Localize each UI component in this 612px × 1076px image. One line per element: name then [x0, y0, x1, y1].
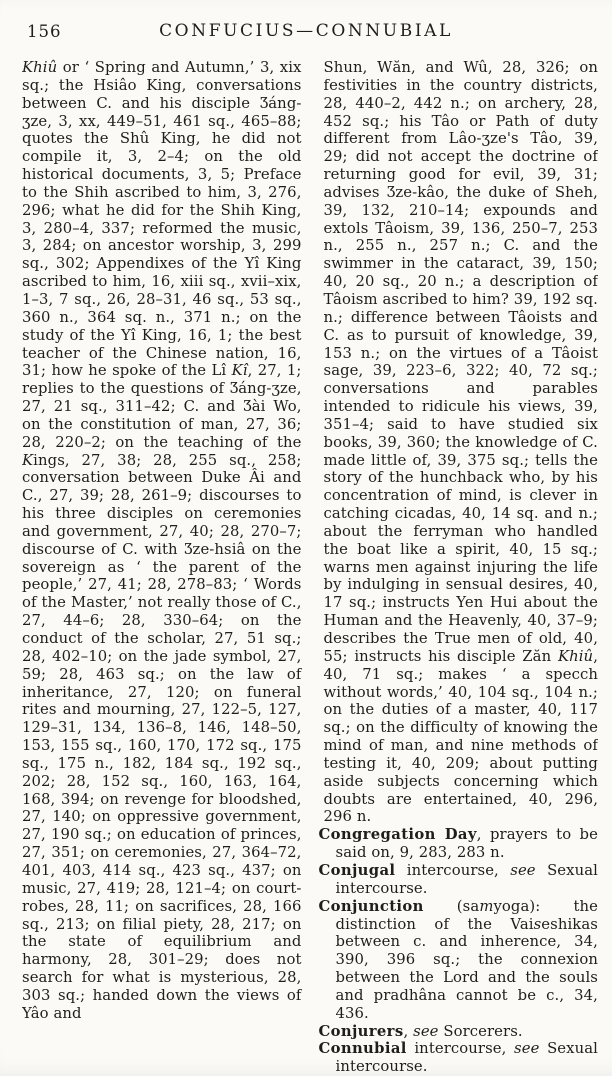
text-segment: intercourse, [395, 862, 510, 879]
text-segment: , 40, 71 sq.; makes ‘ a specch without w… [324, 648, 599, 826]
text-segment: see [510, 862, 535, 879]
index-entry-conjunction: Conjunction (samyoga): the distinction o… [319, 898, 599, 1023]
running-head: CONFUCIUS—CONNUBIAL [0, 21, 612, 41]
index-column-left: Khiû or ‘ Spring and Autumn,’ 3, xix sq.… [22, 59, 302, 1072]
text-segment: Conjunction [319, 898, 424, 915]
index-entry-conjugal: Conjugal intercourse, see Sexual interco… [319, 862, 599, 898]
text-segment: Shun, Wăn, and Wû, 28, 326; on festiviti… [324, 59, 599, 665]
text-segment: see [514, 1040, 539, 1057]
book-page: 156 CONFUCIUS—CONNUBIAL Khiû or ‘ Spring… [0, 0, 612, 1076]
index-entry-congregation-day: Congregation Day, prayers to be said on,… [319, 826, 599, 862]
text-segment: Connubial [319, 1040, 407, 1057]
page-header: 156 CONFUCIUS—CONNUBIAL [0, 21, 612, 45]
index-column-right: Shun, Wăn, and Wû, 28, 326; on festiviti… [319, 59, 599, 1072]
index-entry-confucius-continuation-part-2: Shun, Wăn, and Wû, 28, 326; on festiviti… [319, 59, 599, 826]
index-entry-conjurers: Conjurers, see Sorcerers. [319, 1023, 599, 1041]
page-number: 156 [27, 22, 62, 41]
index-body: Khiû or ‘ Spring and Autumn,’ 3, xix sq.… [22, 59, 598, 1072]
text-segment: m [479, 898, 493, 915]
text-segment: intercourse, [407, 1040, 514, 1057]
text-segment: Khiû [558, 648, 593, 665]
text-segment: see [413, 1023, 438, 1040]
text-segment: Khiû [22, 59, 57, 76]
index-entry-confucius-continuation-part-1: Khiû or ‘ Spring and Autumn,’ 3, xix sq.… [22, 59, 302, 1023]
text-segment: (sa [424, 898, 480, 915]
text-segment: Congregation Day [319, 826, 477, 843]
text-segment: Sorcerers. [439, 1023, 523, 1040]
text-segment: , [404, 1023, 414, 1040]
text-segment: or ‘ Spring and Autumn,’ 3, xix sq.; the… [22, 59, 302, 379]
index-entry-connubial: Connubial intercourse, see Sexual interc… [319, 1040, 599, 1072]
text-segment: Kî [232, 362, 248, 379]
text-segment: Conjurers [319, 1023, 404, 1040]
text-segment: ings, 27, 38; 28, 255 sq., 258; conversa… [22, 452, 302, 1022]
text-segment: K [22, 452, 33, 469]
text-segment: Conjugal [319, 862, 396, 879]
